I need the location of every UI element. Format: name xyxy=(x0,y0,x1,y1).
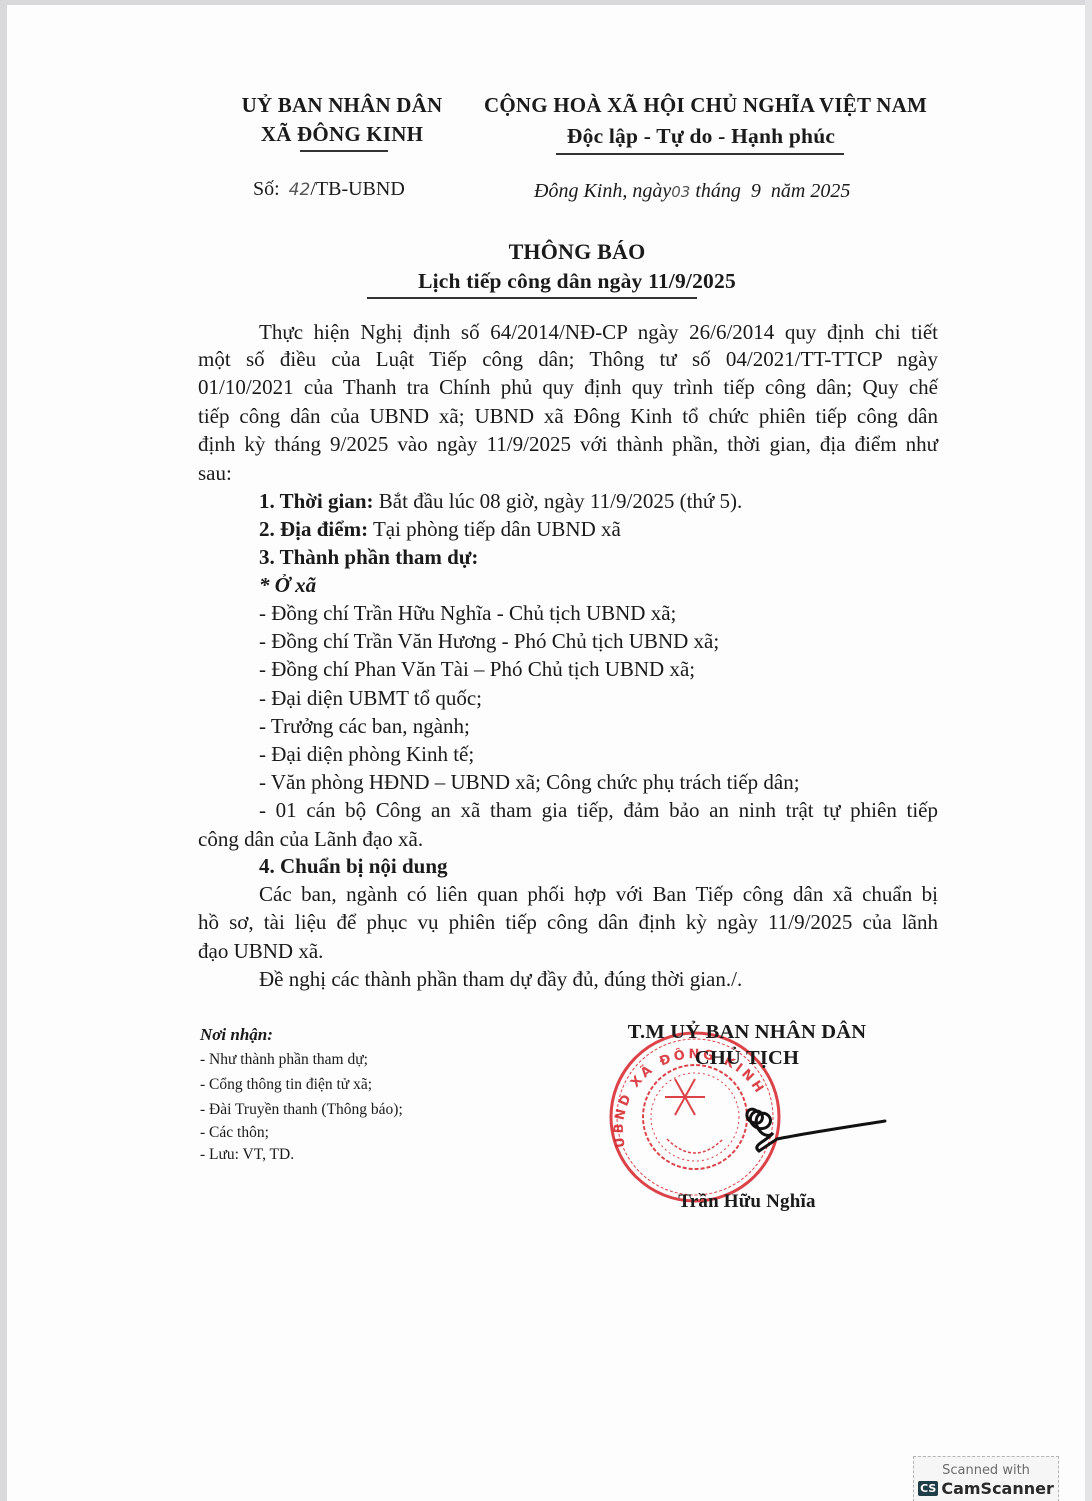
preparation-line: đạo UBND xã. xyxy=(198,939,323,964)
participant-item: - Đồng chí Trần Văn Hương - Phó Chủ tịch… xyxy=(259,629,719,654)
agency-name: UỶ BAN NHÂN DÂN xyxy=(232,93,452,118)
participant-item: - Văn phòng HĐND – UBND xã; Công chức ph… xyxy=(259,770,800,795)
recipients-label: Nơi nhận: xyxy=(200,1025,273,1045)
recipient-item: - Đài Truyền thanh (Thông báo); xyxy=(200,1101,403,1119)
preparation-line: Các ban, ngành có liên quan phối hợp với… xyxy=(259,882,938,907)
notice-title: THÔNG BÁO xyxy=(347,239,807,265)
participant-item: - Đồng chí Phan Văn Tài – Phó Chủ tịch U… xyxy=(259,657,695,682)
national-motto: Độc lập - Tự do - Hạnh phúc xyxy=(484,124,918,149)
intro-line: một số điều của Luật Tiếp công dân; Thôn… xyxy=(198,347,938,372)
intro-line: Thực hiện Nghị định số 64/2014/NĐ-CP ngà… xyxy=(259,320,938,345)
intro-line: định kỳ tháng 9/2025 vào ngày 11/9/2025 … xyxy=(198,432,938,457)
intro-line: tiếp công dân của UBND xã; UBND xã Đông … xyxy=(198,404,938,429)
national-title: CỘNG HOÀ XÃ HỘI CHỦ NGHĨA VIỆT NAM xyxy=(484,93,927,118)
preparation-line: hồ sơ, tài liệu để phục vụ phiên tiếp cô… xyxy=(198,910,938,935)
recipient-item: - Như thành phần tham dự; xyxy=(200,1051,368,1069)
document-page: UỶ BAN NHÂN DÂN XÃ ĐÔNG KINH Số: 42/TB-U… xyxy=(7,5,1085,1501)
recipient-item: - Cổng thông tin điện tử xã; xyxy=(200,1076,372,1094)
participant-item: - Đồng chí Trần Hữu Nghĩa - Chủ tịch UBN… xyxy=(259,601,676,626)
handwritten-day: 03 xyxy=(671,183,690,201)
document-date: Đông Kinh, ngày03 tháng 9 năm 2025 xyxy=(534,180,850,203)
section-participants-heading: 3. Thành phần tham dự: xyxy=(259,545,478,570)
signature-position: CHỦ TỊCH xyxy=(607,1047,887,1070)
handwritten-number: 42 xyxy=(289,180,311,200)
participants-subheading: * Ở xã xyxy=(259,573,316,598)
participant-item: - Trưởng các ban, ngành; xyxy=(259,714,470,739)
divider xyxy=(300,150,388,152)
divider xyxy=(556,153,844,155)
section-time: 1. Thời gian: Bắt đầu lúc 08 giờ, ngày 1… xyxy=(259,489,742,514)
intro-line: 01/10/2021 của Thanh tra Chính phủ quy đ… xyxy=(198,375,938,400)
signature-title: T.M UỶ BAN NHÂN DÂN xyxy=(607,1021,887,1044)
divider xyxy=(367,297,697,299)
participant-item: - Đại diện UBMT tổ quốc; xyxy=(259,686,482,711)
participant-item: - 01 cán bộ Công an xã tham gia tiếp, đả… xyxy=(259,798,938,823)
section-preparation-heading: 4. Chuẩn bị nội dung xyxy=(259,854,448,879)
signer-name: Trần Hữu Nghĩa xyxy=(607,1191,887,1213)
notice-subtitle: Lịch tiếp công dân ngày 11/9/2025 xyxy=(347,269,807,294)
handwritten-signature-icon xyxy=(737,1093,887,1158)
participant-item: - Đại diện phòng Kinh tế; xyxy=(259,742,474,767)
commune-name: XÃ ĐÔNG KINH xyxy=(232,122,452,147)
closing-request: Đề nghị các thành phần tham dự đầy đủ, đ… xyxy=(259,967,742,992)
camscanner-watermark: Scanned with CSCamScanner xyxy=(913,1456,1059,1501)
document-number: Số: 42/TB-UBND xyxy=(253,178,405,201)
participant-item-cont: công dân của Lãnh đạo xã. xyxy=(198,827,423,852)
intro-line: sau: xyxy=(198,461,232,486)
camscanner-logo-icon: CS xyxy=(918,1481,938,1496)
recipient-item: - Các thôn; xyxy=(200,1124,269,1142)
page-frame xyxy=(1085,0,1092,1501)
recipient-item: - Lưu: VT, TD. xyxy=(200,1146,294,1164)
section-place: 2. Địa điểm: Tại phòng tiếp dân UBND xã xyxy=(259,517,621,542)
